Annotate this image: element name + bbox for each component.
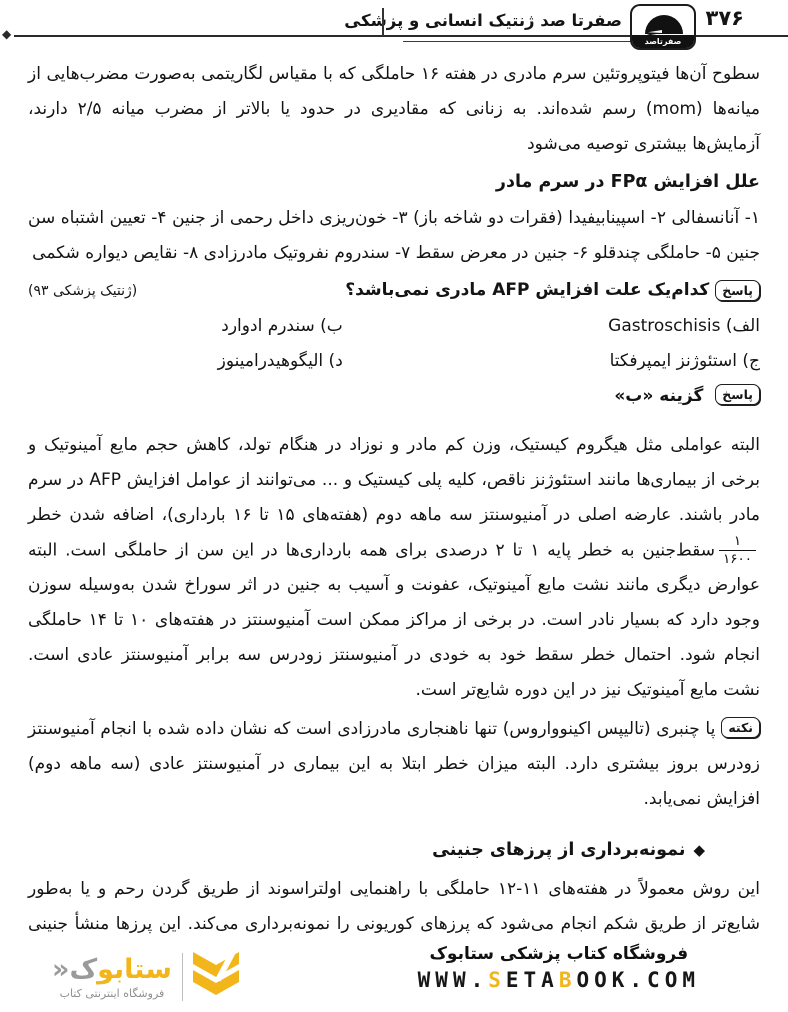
url-part-1: WWW.	[418, 968, 489, 992]
setabook-tagline: فروشگاه اینترنتی کتاب	[52, 987, 172, 1000]
option-dal: د) الیگوهیدرامینوز	[28, 344, 343, 379]
note-block: نکتهپا چنبری (تالیپس اکینوواروس) تنها نا…	[28, 712, 760, 817]
answer-line: پاسخ گزینه «ب»	[28, 379, 760, 414]
url-letter-s: S	[488, 968, 506, 992]
sefr-ta-sad-logo-badge: صفرتاصد	[630, 4, 696, 50]
option-jim: ج) استئوژنز ایمپرفکتا	[343, 344, 760, 379]
book-page: ◆ ۳۷۶ صفرتاصد صفرتا صد ژنتیک انسانی و پز…	[0, 0, 788, 1012]
shop-url[interactable]: WWW.SETABOOK.COM	[418, 968, 700, 992]
setabook-wordmark: ستابوک« فروشگاه اینترنتی کتاب	[52, 955, 172, 1000]
book-title-strong: صفرتا صد	[540, 11, 622, 30]
paragraph-amniocentesis-part2: سقط‌جنین به خطر پایه ۱ تا ۲ درصدی برای ه…	[28, 540, 760, 700]
shop-title: فروشگاه کتاب پزشکی ستابوک	[418, 944, 700, 964]
section-heading-afp-causes: علل افزایش FPα در سرم مادر	[28, 165, 760, 200]
page-content: سطوح آن‌ها فیتوپروتئین سرم مادری در هفته…	[28, 57, 760, 1012]
answer-text: گزینه «ب»	[614, 386, 703, 406]
setabook-wordmark-text: ستابوک«	[52, 955, 172, 985]
logo-separator	[182, 953, 184, 1001]
paragraph-amniocentesis-part1: البته عواملی مثل هیگروم کیستیک، وزن کم م…	[28, 435, 760, 525]
book-title: صفرتا صد ژنتیک انسانی و پزشکی	[344, 11, 622, 30]
setabook-logo: ستابوک« فروشگاه اینترنتی کتاب	[52, 946, 239, 1008]
answer-badge: پاسخ	[715, 384, 760, 405]
book-title-rest: ژنتیک انسانی و پزشکی	[344, 11, 540, 30]
fraction-numerator: ۱	[726, 533, 749, 550]
footer-shop-block: فروشگاه کتاب پزشکی ستابوک WWW.SETABOOK.C…	[418, 944, 700, 992]
url-part-3: OOK.COM	[576, 968, 700, 992]
note-text: پا چنبری (تالیپس اکینوواروس) تنها ناهنجا…	[28, 719, 760, 809]
question-badge: پاسخ	[715, 280, 760, 301]
paragraph-amniocentesis: البته عواملی مثل هیگروم کیستیک، وزن کم م…	[28, 428, 760, 708]
question-text: کدام‌یک علت افزایش AFP مادری نمی‌باشد؟	[145, 273, 709, 308]
option-be: ب) سندرم ادوارد	[28, 309, 343, 344]
note-badge: نکته	[721, 717, 760, 738]
fraction-denominator: ۱۶۰۰	[719, 550, 756, 568]
section-heading-cvs-text: نمونه‌برداری از پرزهای جنینی	[432, 840, 685, 860]
option-alef: الف) Gastroschisis	[343, 309, 760, 344]
paragraph-afp-levels: سطوح آن‌ها فیتوپروتئین سرم مادری در هفته…	[28, 57, 760, 162]
bullet-diamond-icon: ◆	[693, 841, 705, 859]
page-footer: فروشگاه کتاب پزشکی ستابوک WWW.SETABOOK.C…	[0, 940, 788, 1012]
logo-band-label: صفرتاصد	[632, 35, 694, 48]
wordmark-yellow-part: ستابو	[97, 954, 172, 985]
options-row-1: الف) Gastroschisis ب) سندرم ادوارد	[28, 309, 760, 344]
page-header: ◆ ۳۷۶ صفرتاصد صفرتا صد ژنتیک انسانی و پز…	[0, 0, 788, 56]
url-letter-b: B	[559, 968, 577, 992]
url-part-2: ETA	[506, 968, 559, 992]
diamond-icon: ◆	[2, 27, 11, 41]
question-line: پاسخ کدام‌یک علت افزایش AFP مادری نمی‌با…	[28, 273, 760, 309]
chevron-emblem-icon	[193, 946, 239, 1008]
wordmark-gray-part: ک«	[52, 954, 97, 985]
paragraph-causes-list: ۱- آنانسفالی ۲- اسپینابیفیدا (فقرات دو ش…	[28, 201, 760, 271]
title-divider-tick	[382, 8, 384, 36]
page-number: ۳۷۶	[706, 6, 744, 30]
question-source: (ژنتیک پزشکی ۹۳)	[28, 274, 137, 309]
risk-fraction: ۱۱۶۰۰	[719, 533, 756, 568]
section-heading-cvs: ◆نمونه‌برداری از پرزهای جنینی	[28, 833, 705, 868]
options-row-2: ج) استئوژنز ایمپرفکتا د) الیگوهیدرامینوز	[28, 344, 760, 379]
